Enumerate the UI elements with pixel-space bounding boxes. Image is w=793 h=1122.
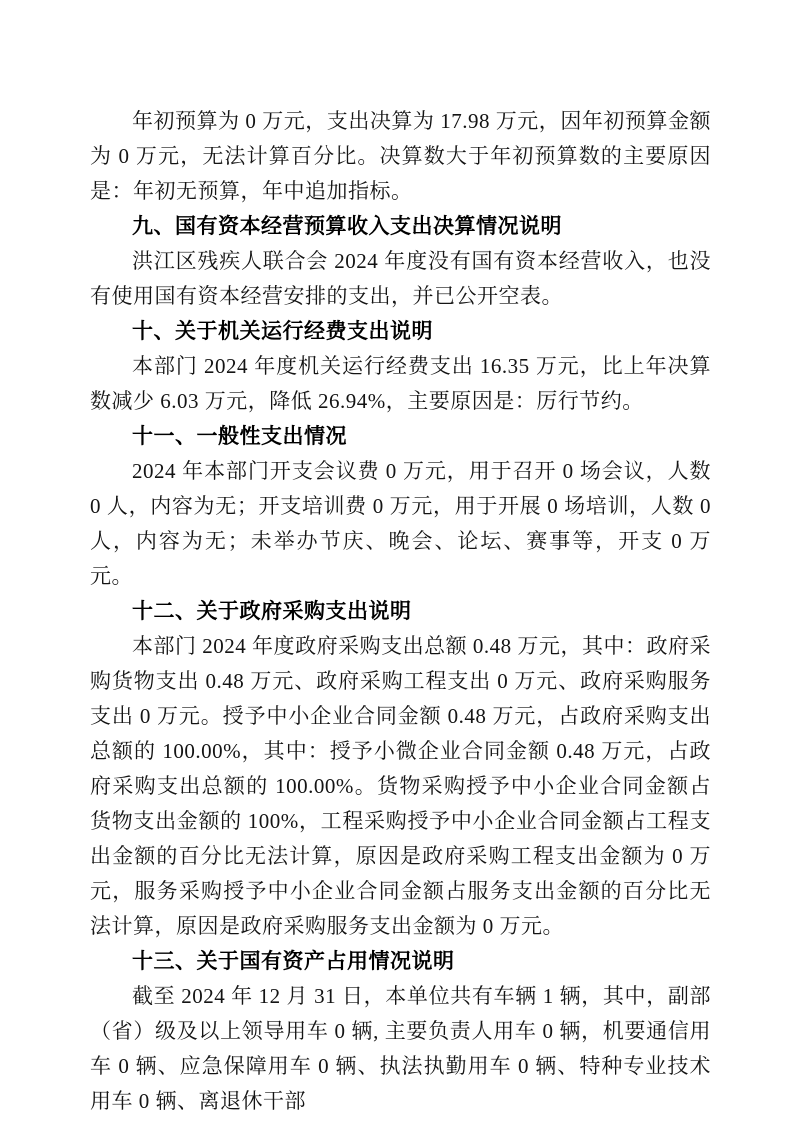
document-content: 年初预算为 0 万元，支出决算为 17.98 万元，因年初预算金额为 0 万元，… (90, 104, 711, 1119)
document-page: 年初预算为 0 万元，支出决算为 17.98 万元，因年初预算金额为 0 万元，… (0, 0, 793, 1122)
paragraph-procurement: 本部门 2024 年度政府采购支出总额 0.48 万元，其中：政府采购货物支出 … (90, 629, 711, 944)
paragraph-state-capital: 洪江区残疾人联合会 2024 年度没有国有资本经营收入，也没有使用国有资本经营安… (90, 244, 711, 314)
section-heading-12-procurement: 十二、关于政府采购支出说明 (90, 594, 711, 629)
paragraph-operating-expense: 本部门 2024 年度机关运行经费支出 16.35 万元，比上年决算数减少 6.… (90, 349, 711, 419)
section-heading-11-general-expense: 十一、一般性支出情况 (90, 419, 711, 454)
section-heading-9-state-capital: 九、国有资本经营预算收入支出决算情况说明 (90, 209, 711, 244)
section-heading-10-operating-expense: 十、关于机关运行经费支出说明 (90, 314, 711, 349)
paragraph-budget-variance: 年初预算为 0 万元，支出决算为 17.98 万元，因年初预算金额为 0 万元，… (90, 104, 711, 209)
paragraph-general-expense: 2024 年本部门开支会议费 0 万元，用于召开 0 场会议，人数 0 人，内容… (90, 454, 711, 594)
paragraph-state-assets-vehicles: 截至 2024 年 12 月 31 日，本单位共有车辆 1 辆，其中，副部（省）… (90, 979, 711, 1119)
section-heading-13-state-assets: 十三、关于国有资产占用情况说明 (90, 944, 711, 979)
